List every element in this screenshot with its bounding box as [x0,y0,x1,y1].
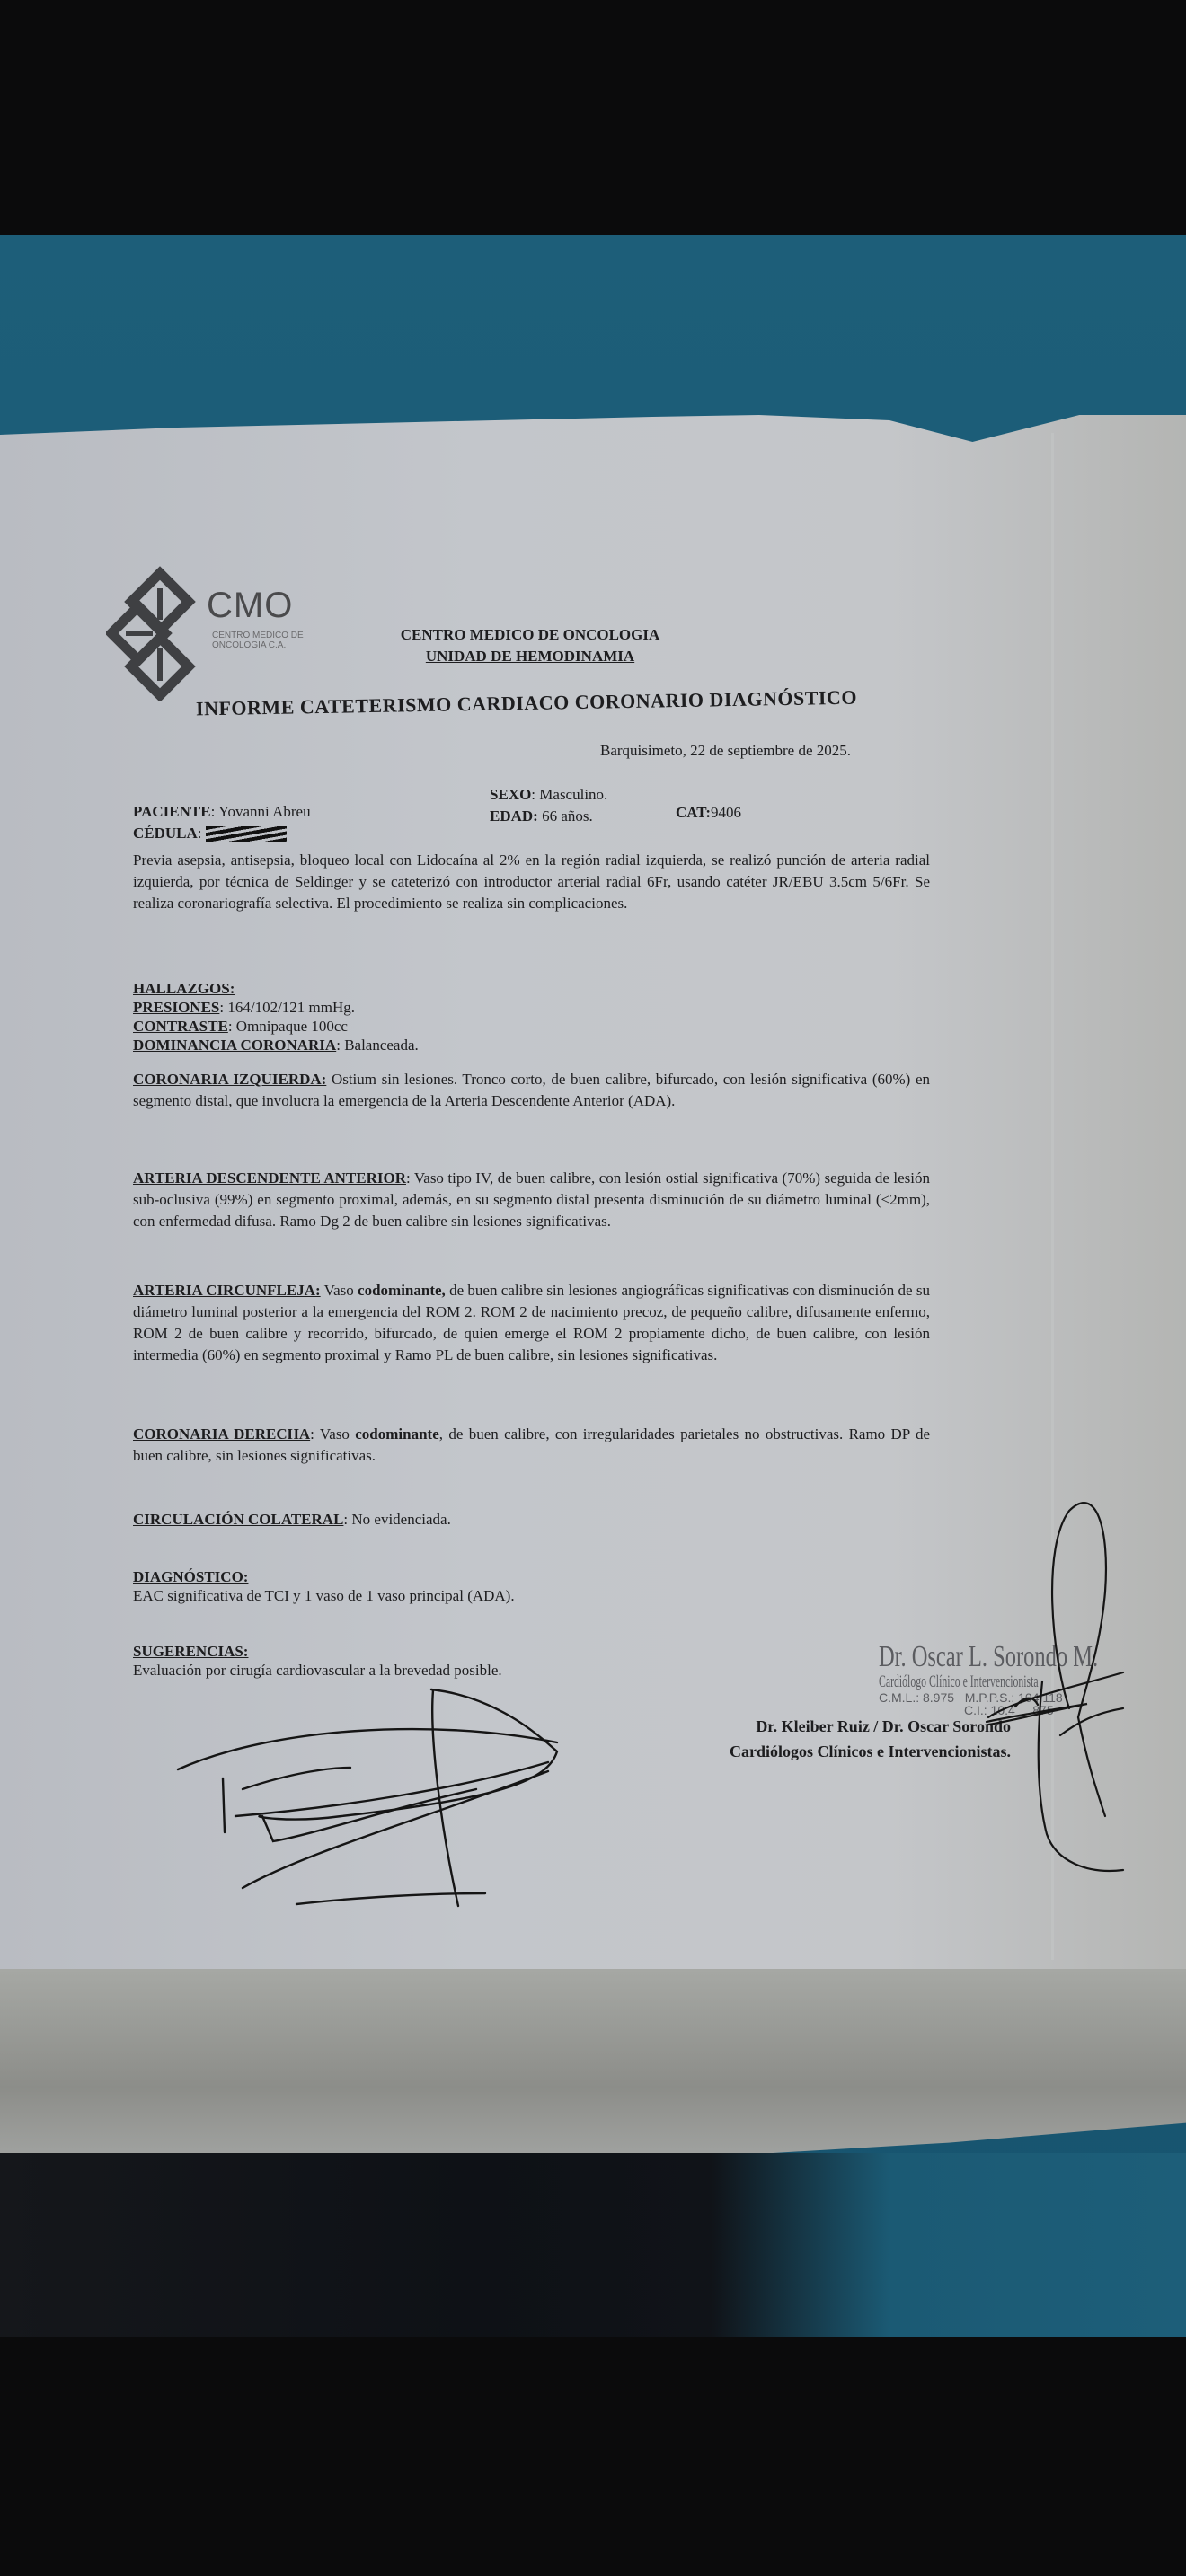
section-left-coronary: CORONARIA IZQUIERDA: Ostium sin lesiones… [133,1069,930,1112]
suggestions-heading: SUGERENCIAS: [133,1642,762,1661]
place-date: Barquisimeto, 22 de septiembre de 2025. [600,742,851,760]
section-text: No evidenciada. [351,1511,450,1528]
unit-name: UNIDAD DE HEMODINAMIA [382,646,678,667]
patient-info: PACIENTE: Yovanni Abreu CÉDULA: [133,801,311,844]
signer-names: Dr. Kleiber Ruiz / Dr. Oscar Sorondo [611,1714,1011,1739]
section-label: ARTERIA CIRCUNFLEJA: [133,1282,321,1299]
findings-block: HALLAZGOS: PRESIONES: 164/102/121 mmHg. … [133,979,419,1054]
id-label: CÉDULA [133,825,198,842]
pressures-value: 164/102/121 mmHg. [227,999,355,1016]
section-lad: ARTERIA DESCENDENTE ANTERIOR: Vaso tipo … [133,1168,930,1232]
section-label: ARTERIA DESCENDENTE ANTERIOR [133,1169,406,1187]
logo-subtitle: CENTRO MEDICO DE ONCOLOGIA C.A. [212,631,311,650]
pressures-label: PRESIONES [133,999,219,1016]
signer-title: Cardiólogos Clínicos e Intervencionistas… [611,1739,1011,1764]
stamp-role: Cardiólogo Clínico e Intervencionista [879,1672,1067,1692]
dominance-label: DOMINANCIA CORONARIA [133,1037,336,1054]
patient-sex-age: SEXO: Masculino. EDAD: 66 años. [490,784,607,827]
section-label: CIRCULACIÓN COLATERAL [133,1511,343,1528]
org-header: CENTRO MEDICO DE ONCOLOGIA UNIDAD DE HEM… [382,624,678,667]
sex-value: Masculino. [539,786,607,803]
sex-label: SEXO [490,786,531,803]
stamp-name: Dr. Oscar L. Sorondo M. [879,1640,1098,1674]
organization-name: CENTRO MEDICO DE ONCOLOGIA [382,624,678,646]
contrast-value: Omnipaque 100cc [236,1018,348,1035]
diagnosis-heading: DIAGNÓSTICO: [133,1567,930,1586]
cat-label: CAT: [676,804,711,821]
section-right-coronary: CORONARIA DERECHA: Vaso codominante, de … [133,1424,930,1467]
suggestions-text: Evaluación por cirugía cardiovascular a … [133,1661,762,1680]
section-collateral: CIRCULACIÓN COLATERAL: No evidenciada. [133,1509,930,1531]
section-label: CORONARIA IZQUIERDA: [133,1071,326,1088]
paper-fold [1051,433,1054,1960]
diagnosis-block: DIAGNÓSTICO: EAC significativa de TCI y … [133,1567,930,1605]
underlying-page [0,1969,1186,2166]
age-label: EDAD: [490,807,538,825]
dominance-value: Balanceada. [344,1037,419,1054]
section-circumflex: ARTERIA CIRCUNFLEJA: Vaso codominante, d… [133,1280,930,1366]
suggestions-block: SUGERENCIAS: Evaluación por cirugía card… [133,1642,762,1680]
contrast-label: CONTRASTE [133,1018,228,1035]
cat-field: CAT:9406 [676,804,741,822]
cmo-logo: CMO CENTRO MEDICO DE ONCOLOGIA C.A. [106,566,322,701]
document-photo: CMO CENTRO MEDICO DE ONCOLOGIA C.A. CENT… [0,235,1186,2337]
dark-fabric-background [0,2153,1186,2337]
signers-block: Dr. Kleiber Ruiz / Dr. Oscar Sorondo Car… [611,1714,1011,1764]
patient-name: Yovanni Abreu [218,803,311,820]
redaction-scribble [206,826,287,842]
age-value: 66 años. [542,807,593,825]
logo-abbr: CMO [207,586,293,626]
cat-value: 9406 [711,804,741,821]
patient-label: PACIENTE [133,803,211,820]
findings-heading: HALLAZGOS: [133,979,419,998]
section-label: CORONARIA DERECHA [133,1425,310,1442]
diagnosis-text: EAC significativa de TCI y 1 vaso de 1 v… [133,1586,930,1605]
procedure-paragraph: Previa asepsia, antisepsia, bloqueo loca… [133,850,930,914]
doctor-stamp: Dr. Oscar L. Sorondo M. Cardiólogo Clíni… [879,1640,1183,1717]
cmo-logo-icon [106,566,205,701]
